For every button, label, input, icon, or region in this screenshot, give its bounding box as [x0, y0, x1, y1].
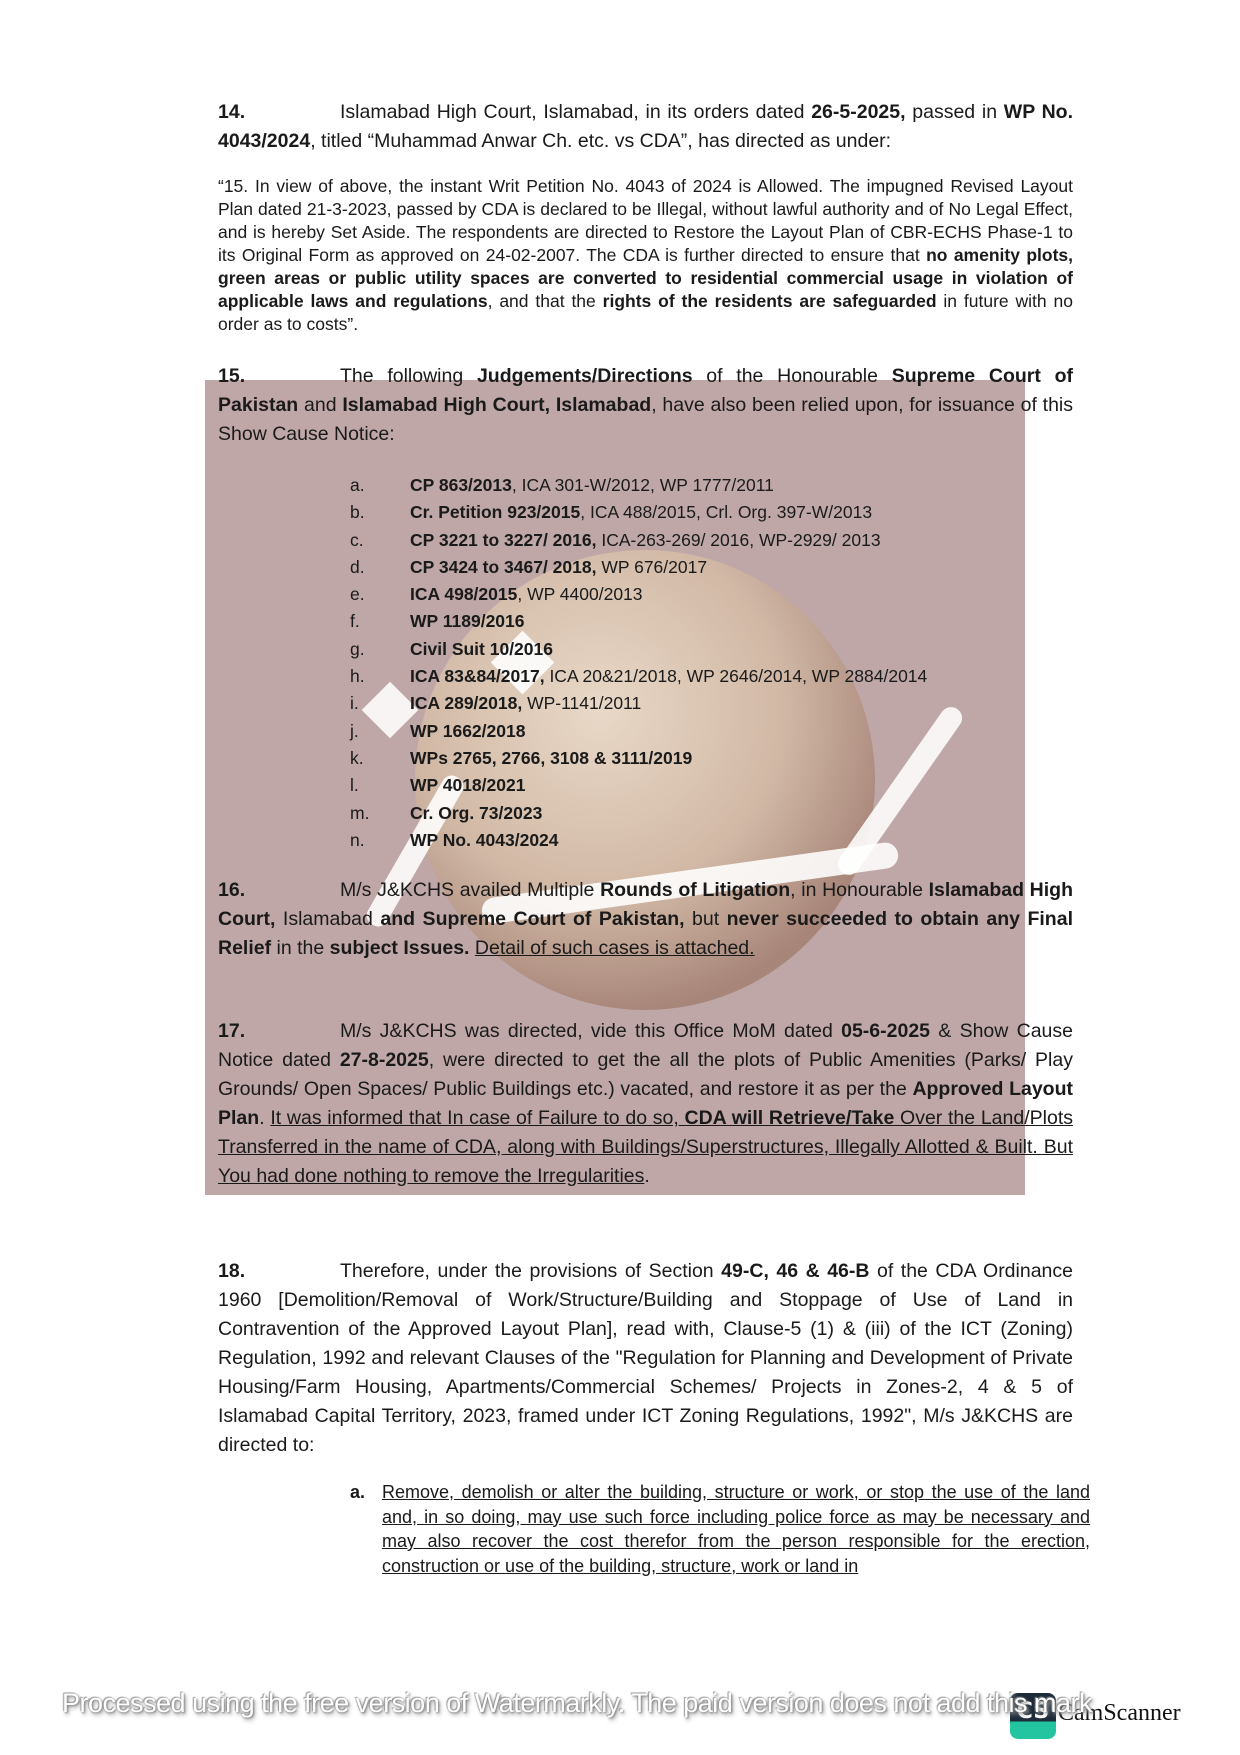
case-list: a.CP 863/2013, ICA 301-W/2012, WP 1777/2… — [350, 472, 927, 854]
case-reference-secondary: , WP 4400/2013 — [517, 584, 642, 604]
case-list-item: a.CP 863/2013, ICA 301-W/2012, WP 1777/2… — [350, 472, 927, 499]
case-letter: g. — [350, 636, 410, 663]
case-list-item: c.CP 3221 to 3227/ 2016, ICA-263-269/ 20… — [350, 527, 927, 554]
directive-text: Remove, demolish or alter the building, … — [382, 1480, 1090, 1578]
case-reference-secondary: ICA 20&21/2018, WP 2646/2014, WP 2884/20… — [545, 666, 928, 686]
case-reference-primary: WP 4018/2021 — [410, 775, 525, 795]
case-letter: h. — [350, 663, 410, 690]
case-list-item: f.WP 1189/2016 — [350, 608, 927, 635]
case-list-item: i.ICA 289/2018, WP-1141/2011 — [350, 690, 927, 717]
case-letter: n. — [350, 827, 410, 854]
case-list-item: e.ICA 498/2015, WP 4400/2013 — [350, 581, 927, 608]
case-reference-primary: ICA 289/2018, — [410, 693, 522, 713]
paragraph-16: 16.M/s J&KCHS availed Multiple Rounds of… — [218, 876, 1073, 963]
case-list-item: d.CP 3424 to 3467/ 2018, WP 676/2017 — [350, 554, 927, 581]
attachment-note: Detail of such cases is attached. — [475, 937, 755, 959]
case-reference-secondary: , ICA 301-W/2012, WP 1777/2011 — [512, 475, 774, 495]
case-reference-primary: CP 863/2013 — [410, 475, 512, 495]
case-letter: c. — [350, 527, 410, 554]
paragraph-14: 14.Islamabad High Court, Islamabad, in i… — [218, 98, 1073, 156]
court-order-quote: “15. In view of above, the instant Writ … — [218, 175, 1073, 336]
case-letter: d. — [350, 554, 410, 581]
case-letter: j. — [350, 718, 410, 745]
case-letter: i. — [350, 690, 410, 717]
paragraph-number: 15. — [218, 362, 340, 391]
case-reference-primary: CP 3221 to 3227/ 2016, — [410, 530, 596, 550]
case-reference-primary: ICA 83&84/2017, — [410, 666, 545, 686]
case-reference-primary: CP 3424 to 3467/ 2018, — [410, 557, 596, 577]
case-letter: l. — [350, 772, 410, 799]
case-list-item: k.WPs 2765, 2766, 3108 & 3111/2019 — [350, 745, 927, 772]
case-letter: a. — [350, 472, 410, 499]
paragraph-15: 15.The following Judgements/Directions o… — [218, 362, 1073, 449]
paragraph-number: 17. — [218, 1017, 340, 1046]
case-reference-secondary: ICA-263-269/ 2016, WP-2929/ 2013 — [596, 530, 880, 550]
case-reference-primary: Cr. Petition 923/2015 — [410, 502, 580, 522]
case-letter: k. — [350, 745, 410, 772]
case-reference-secondary: WP 676/2017 — [596, 557, 707, 577]
case-reference-secondary: WP-1141/2011 — [522, 693, 641, 713]
order-date: 26-5-2025, — [811, 101, 905, 123]
case-reference-primary: WP 1662/2018 — [410, 721, 525, 741]
case-reference-primary: Civil Suit 10/2016 — [410, 639, 553, 659]
paragraph-18: 18.Therefore, under the provisions of Se… — [218, 1257, 1073, 1460]
case-list-item: j.WP 1662/2018 — [350, 718, 927, 745]
case-list-item: g.Civil Suit 10/2016 — [350, 636, 927, 663]
paragraph-number: 14. — [218, 98, 340, 127]
case-list-item: b.Cr. Petition 923/2015, ICA 488/2015, C… — [350, 499, 927, 526]
case-reference-secondary: , ICA 488/2015, Crl. Org. 397-W/2013 — [580, 502, 872, 522]
case-list-item: m.Cr. Org. 73/2023 — [350, 800, 927, 827]
directive-a: a. Remove, demolish or alter the buildin… — [350, 1480, 1090, 1578]
paragraph-number: 18. — [218, 1257, 340, 1286]
case-letter: m. — [350, 800, 410, 827]
case-list-item: l.WP 4018/2021 — [350, 772, 927, 799]
case-reference-primary: WP 1189/2016 — [410, 611, 525, 631]
case-letter: b. — [350, 499, 410, 526]
watermarkly-notice: Processed using the free version of Wate… — [62, 1688, 1092, 1719]
case-reference-primary: WP No. 4043/2024 — [410, 830, 559, 850]
case-list-item: n.WP No. 4043/2024 — [350, 827, 927, 854]
case-reference-primary: Cr. Org. 73/2023 — [410, 803, 542, 823]
paragraph-17: 17.M/s J&KCHS was directed, vide this Of… — [218, 1017, 1073, 1191]
case-list-item: h.ICA 83&84/2017, ICA 20&21/2018, WP 264… — [350, 663, 927, 690]
case-letter: e. — [350, 581, 410, 608]
case-letter: f. — [350, 608, 410, 635]
document-page: 14.Islamabad High Court, Islamabad, in i… — [0, 0, 1240, 1755]
directive-letter: a. — [350, 1480, 365, 1505]
paragraph-number: 16. — [218, 876, 340, 905]
case-reference-primary: ICA 498/2015 — [410, 584, 517, 604]
case-reference-primary: WPs 2765, 2766, 3108 & 3111/2019 — [410, 748, 692, 768]
